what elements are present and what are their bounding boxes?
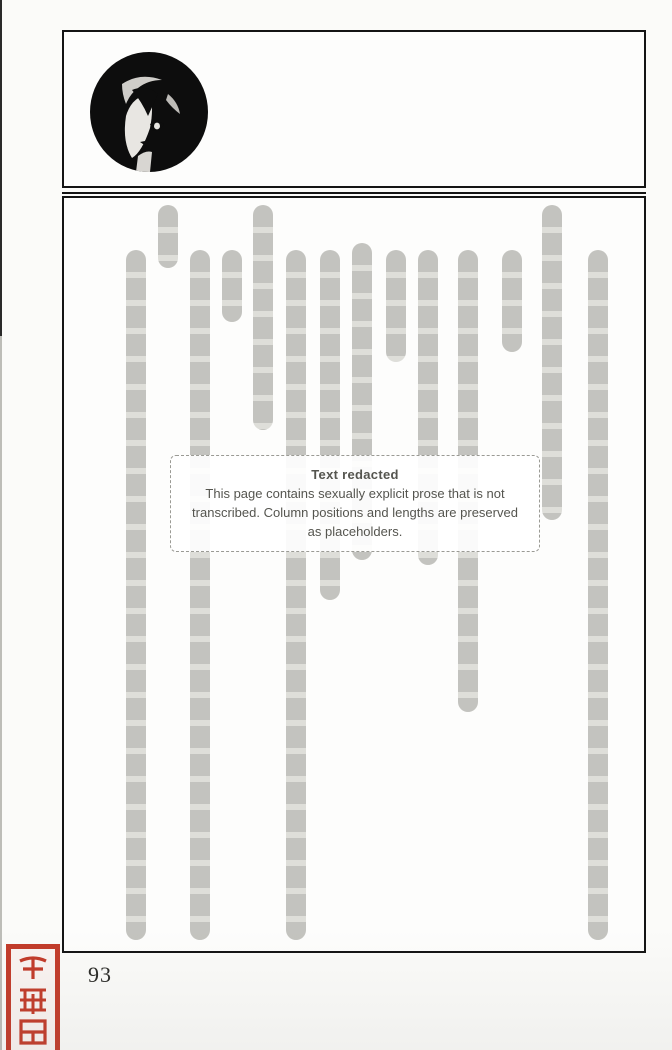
redaction-message: This page contains sexually explicit pro… [185, 485, 525, 542]
seal-stamp-icon [6, 944, 60, 1050]
redacted-text-column [190, 250, 210, 940]
circular-manga-girl-portrait-icon [88, 50, 210, 174]
redacted-text-column [286, 250, 306, 940]
redacted-text-column [502, 250, 522, 352]
redacted-text-column [126, 250, 146, 940]
seal-glyph-top [16, 953, 50, 983]
redacted-text-column [253, 205, 273, 430]
redacted-text-column [222, 250, 242, 322]
seal-glyph-bottom [16, 1017, 50, 1047]
redacted-text-column [386, 250, 406, 362]
redaction-notice: Text redacted This page contains sexuall… [170, 455, 540, 552]
redacted-text-column [588, 250, 608, 940]
header-illustration-box [62, 30, 646, 188]
redacted-text-column [542, 205, 562, 520]
redacted-text-column [158, 205, 178, 268]
scan-edge [0, 0, 2, 1050]
page-number: 93 [88, 962, 112, 988]
redaction-title: Text redacted [185, 466, 525, 485]
seal-glyph-middle [16, 984, 50, 1016]
